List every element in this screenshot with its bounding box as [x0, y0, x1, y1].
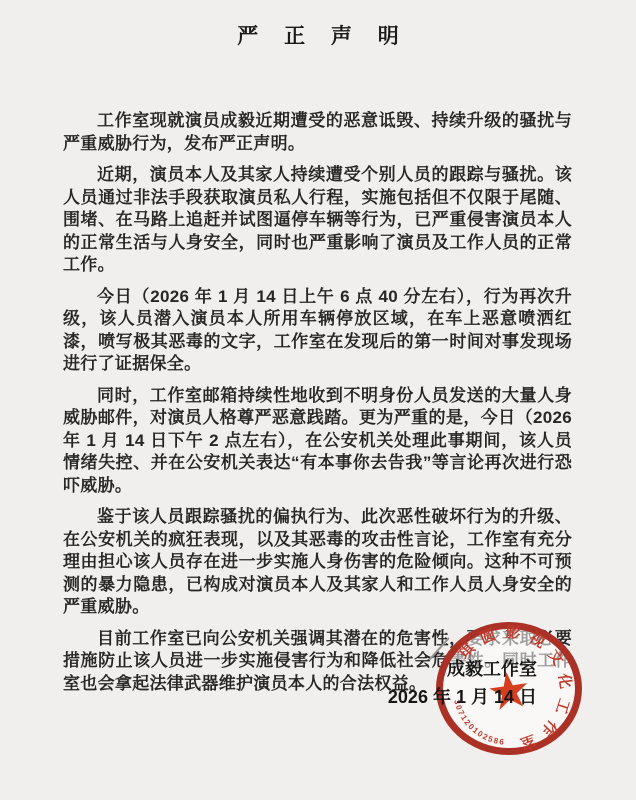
- signature-date: 2026 年 1 月 14 日: [388, 683, 537, 711]
- paragraph-vandalism: 今日（2026 年 1 月 14 日上午 6 点 40 分左右），行为再次升级，…: [63, 286, 572, 376]
- signature-block: 成毅工作室 2026 年 1 月 14 日: [388, 655, 537, 711]
- document-body: 工作室现就演员成毅近期遭受的恶意诋毁、持续升级的骚扰与严重威胁行为，发布严正声明…: [63, 110, 572, 704]
- seal-serial-digit: 6: [499, 738, 505, 747]
- statement-document-page: 严 正 声 明 工作室现就演员成毅近期遭受的恶意诋毁、持续升级的骚扰与严重威胁行…: [0, 0, 636, 800]
- signature-name: 成毅工作室: [388, 655, 537, 683]
- paragraph-stalking: 近期，演员本人及其家人持续遭受个别人员的跟踪与骚扰。该人员通过非法手段获取演员私…: [63, 164, 572, 277]
- document-title: 严 正 声 明: [0, 20, 636, 50]
- paragraph-intro: 工作室现就演员成毅近期遭受的恶意诋毁、持续升级的骚扰与严重威胁行为，发布严正声明…: [63, 110, 572, 155]
- paragraph-threat-emails: 同时，工作室邮箱持续性地收到不明身份人员发送的大量人身威胁邮件，对演员人格尊严恶…: [63, 385, 572, 498]
- paragraph-risk-assessment: 鉴于该人员跟踪骚扰的偏执行为、此次恶性破坏行为的升级、在公安机关的疯狂表现，以及…: [63, 506, 572, 619]
